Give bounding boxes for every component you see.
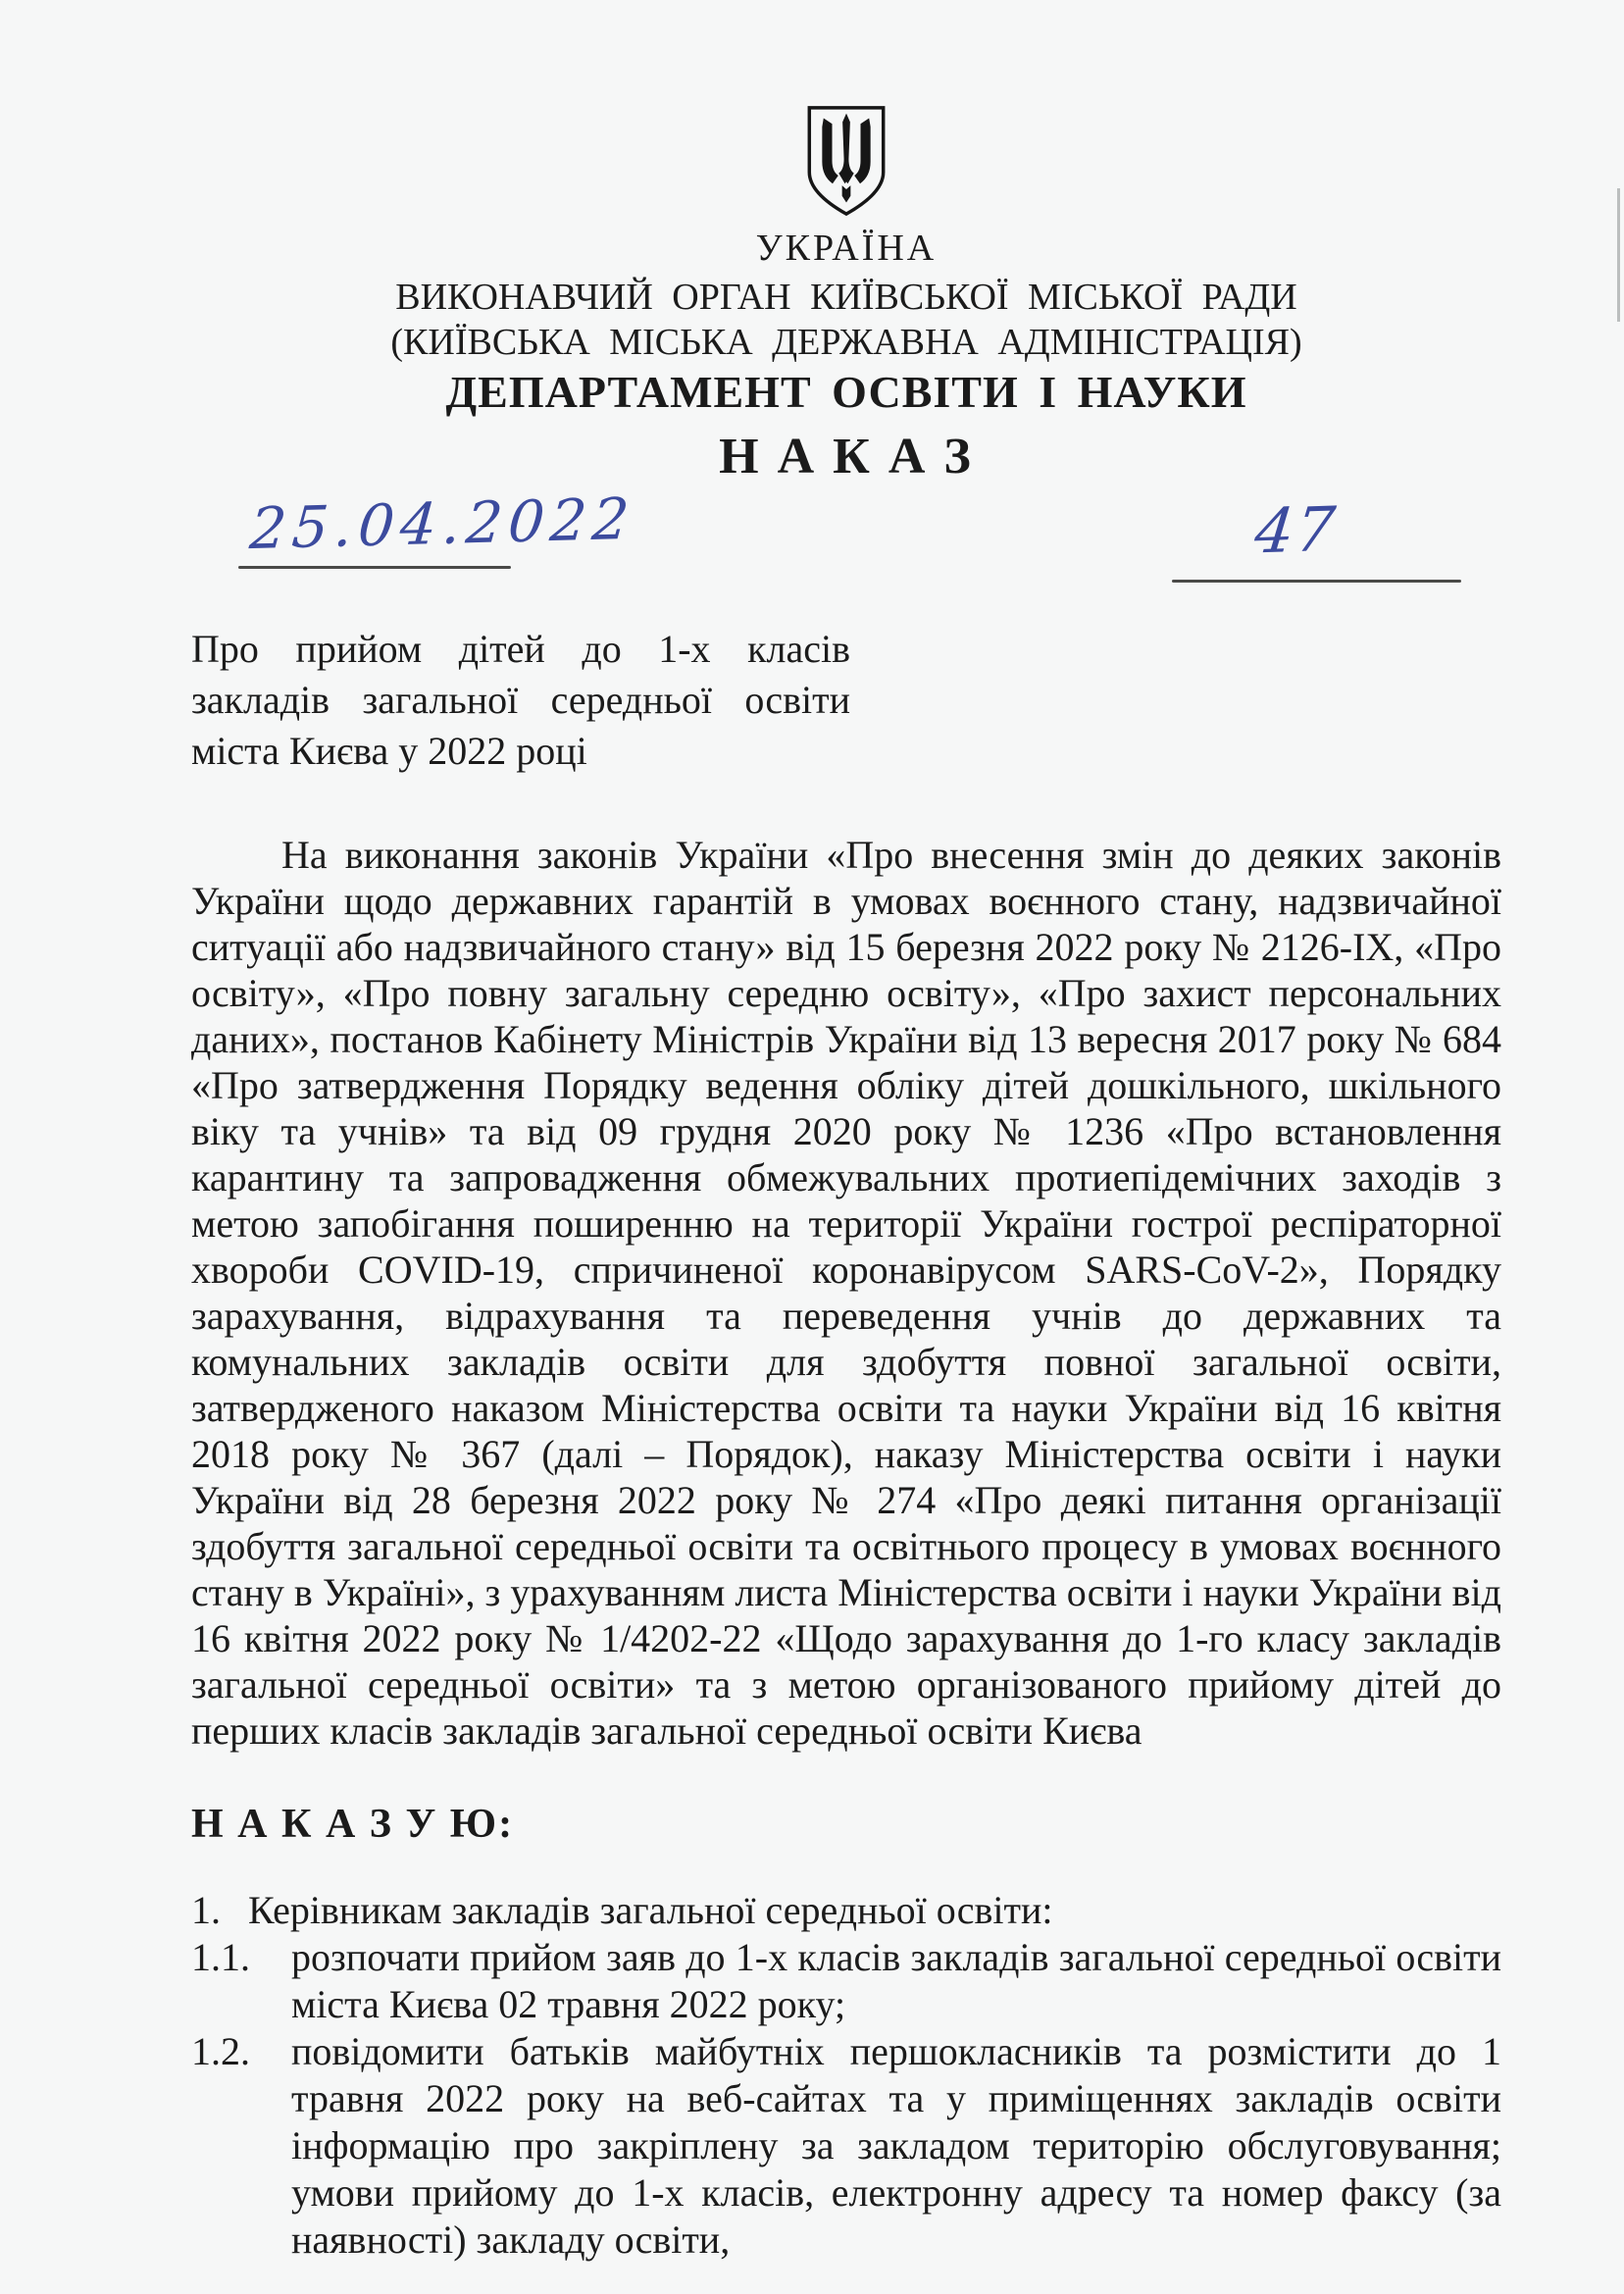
handwritten-date: 25.04.2022 xyxy=(247,485,636,562)
number-underline xyxy=(1172,580,1461,583)
subject-paragraph: Про прийом дітей до 1-х класів закладів … xyxy=(191,624,850,777)
order-item-1-1: 1.1. розпочати прийом заяв до 1-х класів… xyxy=(191,1934,1501,2028)
order-list: 1. Керівникам закладів загальної середнь… xyxy=(191,1887,1501,2264)
date-underline xyxy=(238,566,511,569)
org-name-line1: ВИКОНАВЧИЙ ОРГАН КИЇВСЬКОЇ МІСЬКОЇ РАДИ xyxy=(191,275,1501,320)
order-heading: Н А К А З У Ю: xyxy=(191,1799,1501,1850)
item-text: розпочати прийом заяв до 1-х класів закл… xyxy=(291,1934,1501,2028)
document-header: УКРАЇНА ВИКОНАВЧИЙ ОРГАН КИЇВСЬКОЇ МІСЬК… xyxy=(191,104,1501,486)
item-number: 1. xyxy=(191,1887,248,1934)
item-number: 1.2. xyxy=(191,2028,291,2264)
department-name: ДЕПАРТАМЕНТ ОСВІТИ І НАУКИ xyxy=(191,367,1501,418)
org-name-line2: (КИЇВСЬКА МІСЬКА ДЕРЖАВНА АДМІНІСТРАЦІЯ) xyxy=(191,320,1501,365)
order-item-1: 1. Керівникам закладів загальної середнь… xyxy=(191,1887,1501,1934)
order-item-1-2: 1.2. повідомити батьків майбутніх першок… xyxy=(191,2028,1501,2264)
date-and-number-row: 25.04.2022 47 xyxy=(191,486,1501,624)
country-title: УКРАЇНА xyxy=(191,228,1501,269)
preamble-paragraph: На виконання законів України «Про внесен… xyxy=(191,832,1501,1754)
ukraine-trident-icon xyxy=(803,104,889,218)
scan-edge-artifact xyxy=(1617,188,1620,322)
item-text: Керівникам закладів загальної середньої … xyxy=(248,1887,1501,1934)
handwritten-number: 47 xyxy=(1251,492,1341,567)
item-text: повідомити батьків майбутніх першокласни… xyxy=(291,2028,1501,2264)
document-content: УКРАЇНА ВИКОНАВЧИЙ ОРГАН КИЇВСЬКОЇ МІСЬК… xyxy=(191,0,1501,2264)
scanned-order-document: УКРАЇНА ВИКОНАВЧИЙ ОРГАН КИЇВСЬКОЇ МІСЬК… xyxy=(0,0,1624,2294)
item-number: 1.1. xyxy=(191,1934,291,2028)
document-type-title: Н А К А З xyxy=(191,428,1501,486)
